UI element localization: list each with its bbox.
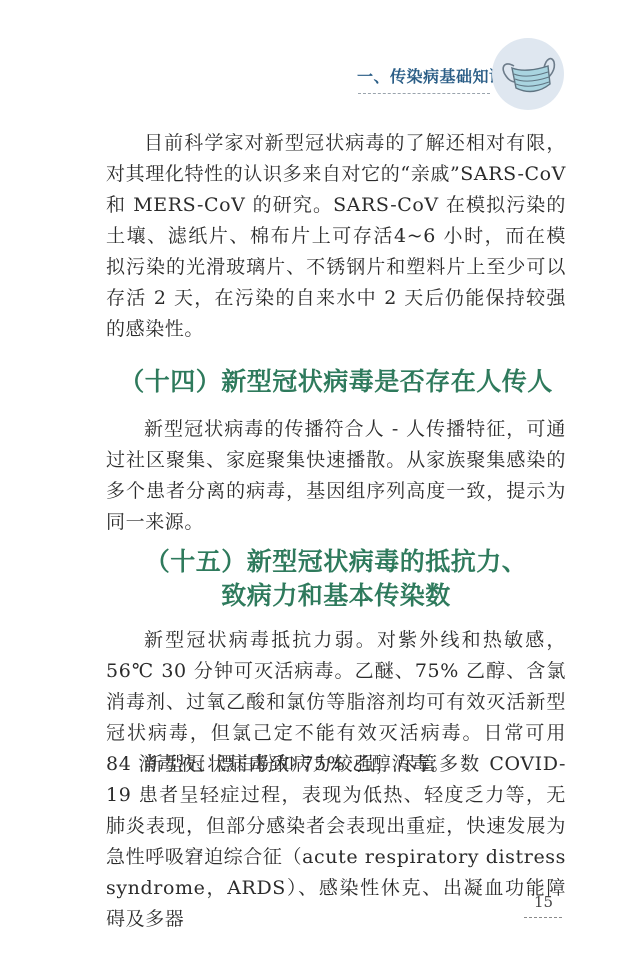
chapter-title-divider — [358, 93, 490, 94]
page-number: 15 — [534, 893, 553, 911]
section-heading-14: （十四）新型冠状病毒是否存在人传人 — [106, 364, 566, 399]
face-mask-icon — [492, 38, 564, 110]
chapter-title: 一、传染病基础知识 — [357, 64, 506, 87]
paragraph: 新型冠状病毒的传播符合人 - 人传播特征，可通过社区聚集、家庭聚集快速播散。从家… — [106, 414, 566, 538]
page-header: 一、传染病基础知识 — [0, 0, 639, 120]
section-heading-15-line2: 致病力和基本传染数 — [106, 578, 566, 613]
paragraph: 目前科学家对新型冠状病毒的了解还相对有限，对其理化特性的认识多来自对它的“亲戚”… — [106, 128, 566, 345]
page-number-divider — [524, 917, 562, 918]
paragraph: 新型冠状病毒致病力较强，尽管多数 COVID-19 患者呈轻症过程，表现为低热、… — [106, 749, 566, 935]
section-heading-15-line1: （十五）新型冠状病毒的抵抗力、 — [106, 544, 566, 579]
